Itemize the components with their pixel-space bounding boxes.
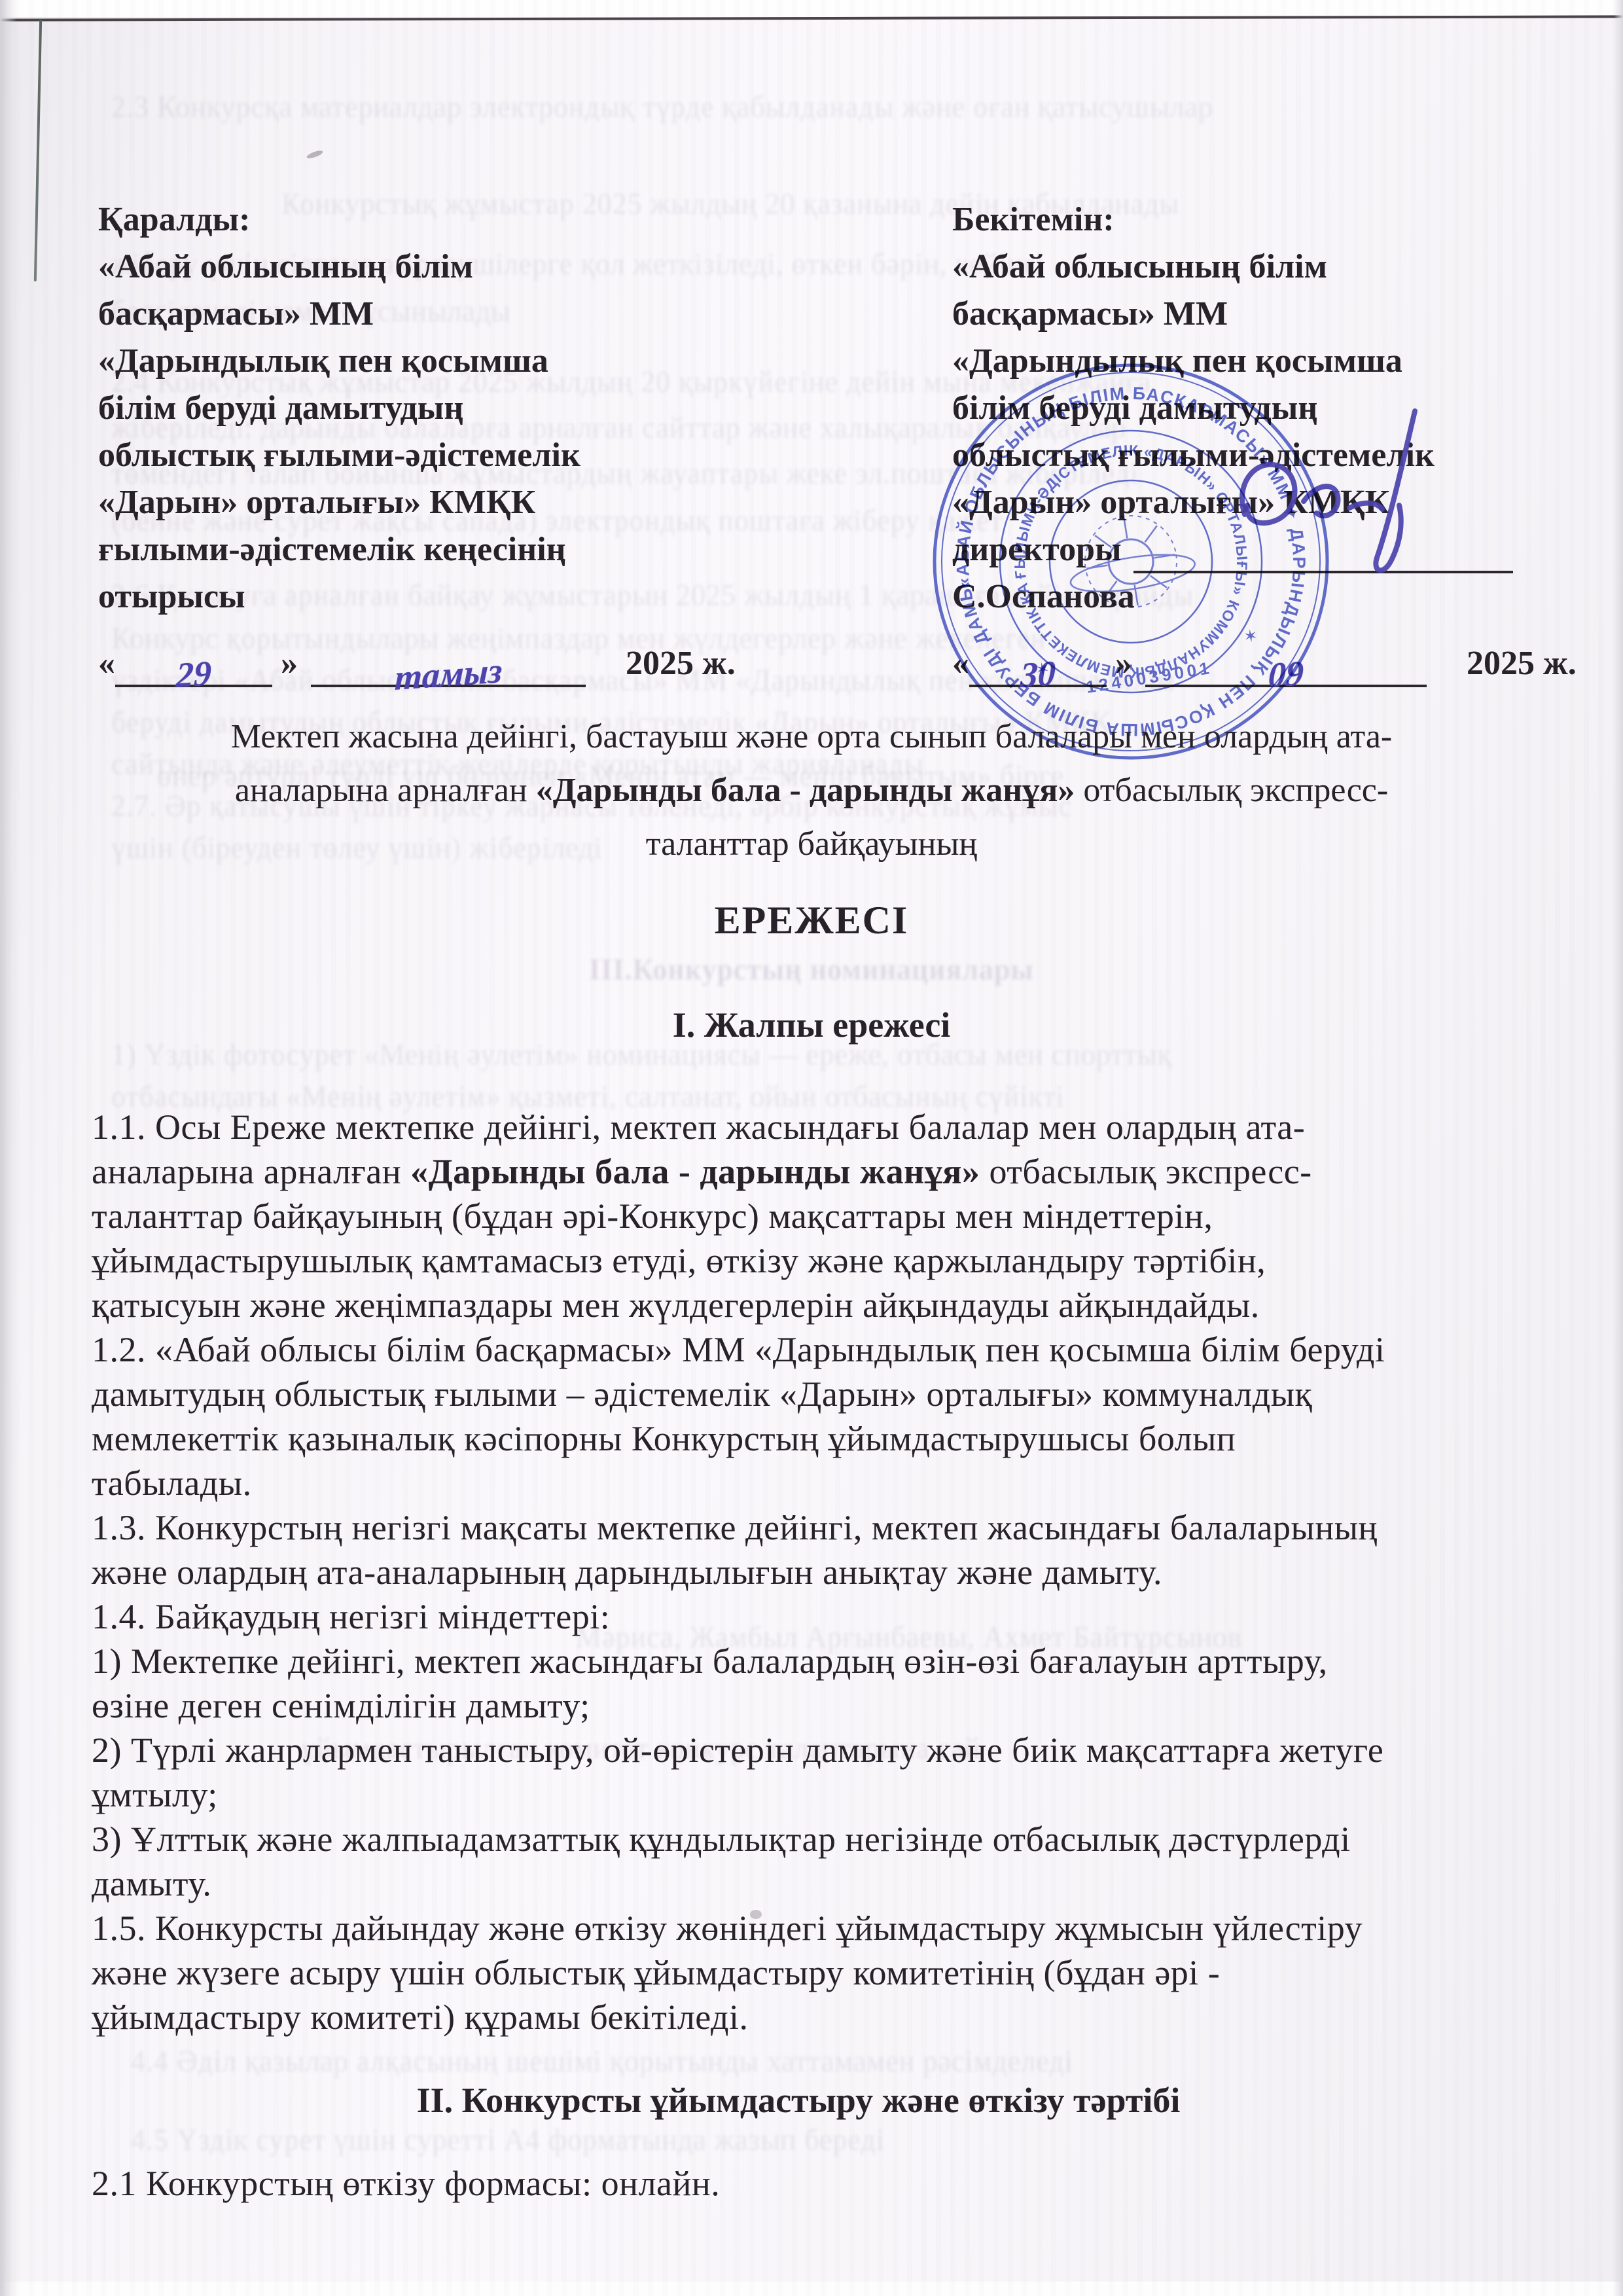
bleed-through-line: 4.4 Әділ қазылар алқасының шешімі қорыты… xyxy=(131,2045,1505,2079)
printed-year: 2025 ж. xyxy=(1467,645,1577,682)
list-item-3: 3) Ұлттық және жалпыадамзаттық құндылықт… xyxy=(92,1817,1564,1906)
bleed-through-line: 4.5 Үздік сурет үшін суретті А4 форматын… xyxy=(131,2124,1178,2157)
guillemet-open: « xyxy=(98,645,115,682)
scan-edge-bottom xyxy=(0,2282,1623,2296)
paragraph-1-1: 1.1. Осы Ереже мектепке дейінгі, мектеп … xyxy=(92,1105,1564,1327)
approval-left-label: Қаралды: xyxy=(98,196,622,243)
stamp-star-icon: ✶ xyxy=(1034,658,1051,680)
approval-left-date: «29 »тамыз 2025 ж. xyxy=(98,640,622,687)
staple-mark xyxy=(34,20,42,281)
list-item-2: 2) Түрлі жанрлармен таныстыру, ой-өрісте… xyxy=(92,1728,1564,1817)
bleed-through-line: 2.3 Конкурсқа материалдар электрондық тү… xyxy=(111,91,1571,124)
handwritten-month: тамыз xyxy=(394,647,503,702)
heading-section-1: І. Жалпы ережесі xyxy=(92,1005,1531,1045)
handwritten-day: 29 xyxy=(175,649,212,699)
scan-speck xyxy=(750,1910,762,1919)
guillemet-close: » xyxy=(281,645,298,682)
scan-edge-right-shadow xyxy=(1614,0,1623,2296)
heading-erezhesi: ЕРЕЖЕСІ xyxy=(92,898,1531,943)
scan-edge-top xyxy=(0,0,1623,17)
paragraph-2-1: 2.1 Конкурстың өткізу формасы: онлайн. xyxy=(92,2163,720,2204)
paragraph-1-4: 1.4. Байқаудың негізгі міндеттері: xyxy=(92,1594,1564,1639)
approval-left-org-lines: «Абай облысының білім басқармасы» ММ «Да… xyxy=(98,243,622,620)
bleed-through-line: ІІІ.Конкурстың номинациялары xyxy=(92,954,1531,987)
scan-edge-left-shadow xyxy=(0,0,17,2296)
section-1-body: 1.1. Осы Ереже мектепке дейінгі, мектеп … xyxy=(92,1105,1564,2039)
list-item-1: 1) Мектепке дейінгі, мектеп жасындағы ба… xyxy=(92,1639,1564,1728)
document-title: Мектеп жасына дейінгі, бастауыш және орт… xyxy=(92,710,1531,871)
printed-year: 2025 ж. xyxy=(626,645,736,682)
paragraph-1-2: 1.2. «Абай облысы білім басқармасы» ММ «… xyxy=(92,1327,1564,1505)
title-competition-name: «Дарынды бала - дарынды жанұя» xyxy=(536,772,1075,809)
paragraph-1-5: 1.5. Конкурсты дайындау және өткізу жөні… xyxy=(92,1906,1564,2039)
stamp-emblem-icon xyxy=(1061,507,1200,617)
paragraph-1-3: 1.3. Конкурстың негізгі мақсаты мектепке… xyxy=(92,1505,1564,1594)
scan-speck xyxy=(306,149,323,160)
stamp-star-icon: ✶ xyxy=(1242,625,1259,647)
approval-right-label: Бекітемін: xyxy=(952,196,1567,243)
heading-section-2: II. Конкурсты ұйымдастыру және өткізу тә… xyxy=(92,2080,1505,2121)
scanned-document-page: 2.3 Конкурсқа материалдар электрондық тү… xyxy=(0,0,1623,2296)
p11-competition-name: «Дарынды бала - дарынды жанұя» xyxy=(410,1152,980,1191)
approval-block-left: Қаралды: «Абай облысының білім басқармас… xyxy=(98,196,622,687)
